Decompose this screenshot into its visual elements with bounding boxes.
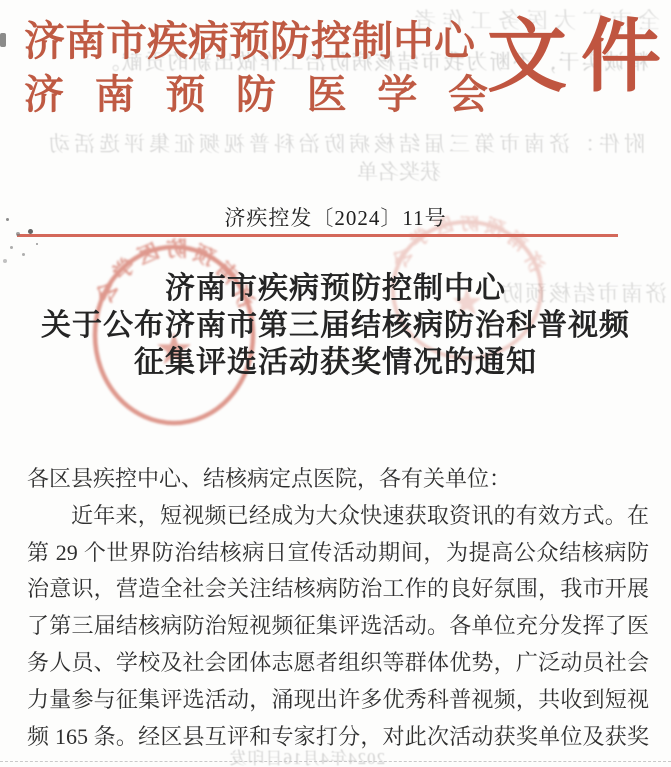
scan-speckle (36, 243, 38, 245)
document-title-line3: 征集评选活动获奖情况的通知 (0, 344, 671, 381)
bleedthrough-attachment-line2: 获奖名单 (345, 156, 441, 186)
body-text-line: 治意识，营造全社会关注结核病防治工作的良好氛围，我市开展 (27, 571, 649, 608)
body-text-line: 频 165 条。经区县互评和专家打分，对此次活动获奖单位及获奖 (27, 719, 649, 756)
body-text-line: 力量参与征集评选活动，涌现出许多优秀科普视频，共收到短视 (27, 682, 649, 719)
scan-speckle (16, 232, 20, 236)
body-text-line: 第 29 个世界防治结核病日宣传活动期间，为提高公众结核病防 (27, 535, 649, 572)
scan-speckle (10, 246, 13, 249)
scan-edge-mark (0, 33, 6, 47)
document-number: 济疾控发〔2024〕11号 (0, 202, 671, 232)
letterhead-org-name-primary: 济南市疾病预防控制中心 (24, 8, 475, 67)
document-title-line1: 济南市疾病预防控制中心 (0, 270, 671, 307)
scan-speckle (22, 253, 25, 256)
letterhead-divider-rule (17, 234, 618, 237)
letterhead-org-name-secondary: 济南预防医学会 (24, 63, 488, 115)
scanned-official-document: 全市广大医务工作者 精诚实干，不断为我市结核病防治工作做出新的贡献。 附件：济南… (0, 0, 671, 767)
salutation-line: 各区县疾控中心、结核病定点医院，各有关单位： (27, 461, 649, 498)
scan-speckle (28, 229, 33, 234)
document-body: 各区县疾控中心、结核病定点医院，各有关单位： 近年来，短视频已经成为大众快速获取… (27, 461, 649, 755)
scan-speckle (6, 218, 9, 221)
document-title: 济南市疾病预防控制中心 关于公布济南市第三届结核病防治科普视频 征集评选活动获奖… (0, 270, 671, 381)
body-text-line: 了第三届结核病防治短视频征集评选活动。各单位充分发挥了医 (27, 608, 649, 645)
document-title-line2: 关于公布济南市第三届结核病防治科普视频 (0, 307, 671, 344)
bleedthrough-attachment-line: 附件：济南市第三届结核病防治科普视频征集评选活动 (25, 128, 665, 158)
scan-bottom-line (0, 761, 671, 762)
body-text-line: 近年来，短视频已经成为大众快速获取资讯的有效方式。在 (27, 498, 649, 535)
letterhead-document-mark: 文件 (487, 2, 663, 114)
scan-speckle (3, 259, 7, 263)
body-text-line: 务人员、学校及社会团体志愿者组织等群体优势，广泛动员社会 (27, 645, 649, 682)
